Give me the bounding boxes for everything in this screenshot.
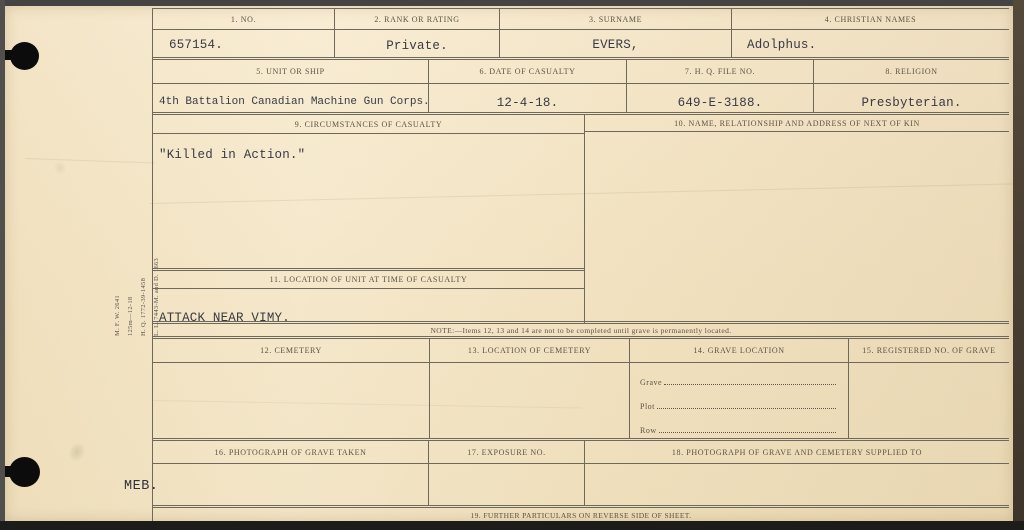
punch-hole-top xyxy=(10,42,39,70)
field-exposure-no-label: 17. EXPOSURE NO. xyxy=(429,441,584,464)
field-rank-label: 2. RANK OR RATING xyxy=(335,9,499,30)
field-hq-file-no-label: 7. H. Q. FILE NO. xyxy=(627,60,813,84)
field-photo-taken-label: 16. PHOTOGRAPH OF GRAVE TAKEN xyxy=(153,441,428,464)
field-no-value: 657154. xyxy=(153,30,334,52)
field-unit-label: 5. UNIT OR SHIP xyxy=(153,60,428,84)
form-row-2: 5. UNIT OR SHIP 4th Battalion Canadian M… xyxy=(153,57,1009,112)
field-exposure-no: 17. EXPOSURE NO. xyxy=(428,441,584,505)
field-hq-file-no: 7. H. Q. FILE NO. 649-E-3188. xyxy=(626,60,813,112)
form-footer-text: 19. FURTHER PARTICULARS ON REVERSE SIDE … xyxy=(470,511,691,520)
field-cemetery-location-value xyxy=(430,363,629,375)
field-surname: 3. SURNAME EVERS, xyxy=(499,9,731,57)
field-unit: 5. UNIT OR SHIP 4th Battalion Canadian M… xyxy=(153,60,428,112)
form-footer: 19. FURTHER PARTICULARS ON REVERSE SIDE … xyxy=(153,505,1009,521)
form-print-codes: M. F. W. 2641 125m—12-18 H. Q. 1772-39-1… xyxy=(111,242,153,336)
field-exposure-no-value xyxy=(429,464,584,476)
field-photo-supplied: 18. PHOTOGRAPH OF GRAVE AND CEMETERY SUP… xyxy=(584,441,1009,505)
field-cemetery-value xyxy=(153,363,429,375)
field-unit-location: 11. LOCATION OF UNIT AT TIME OF CASUALTY… xyxy=(153,268,584,324)
field-christian-names: 4. CHRISTIAN NAMES Adolphus. xyxy=(731,9,1009,57)
field-date-of-casualty-value: 12-4-18. xyxy=(429,84,626,110)
field-religion-label: 8. RELIGION xyxy=(814,60,1009,84)
plot-line-label: Plot xyxy=(640,402,655,411)
field-no-label: 1. NO. xyxy=(153,9,334,30)
plot-line-leader xyxy=(657,407,836,409)
scanned-casualty-card: M. F. W. 2641 125m—12-18 H. Q. 1772-39-1… xyxy=(0,0,1024,530)
punch-hole-bottom xyxy=(9,457,40,487)
field-religion: 8. RELIGION Presbyterian. xyxy=(813,60,1009,112)
field-grave-location-label: 14. GRAVE LOCATION xyxy=(630,339,848,363)
scan-edge-bottom xyxy=(0,521,1024,530)
field-circumstances-value: "Killed in Action." xyxy=(153,134,584,162)
field-cemetery: 12. CEMETERY xyxy=(153,339,429,438)
field-unit-value: 4th Battalion Canadian Machine Gun Corps… xyxy=(153,84,428,108)
field-next-of-kin-value xyxy=(585,132,1009,144)
form-row-5: 16. PHOTOGRAPH OF GRAVE TAKEN 17. EXPOSU… xyxy=(153,438,1009,505)
field-rank-value: Private. xyxy=(335,30,499,53)
field-photo-supplied-value xyxy=(585,464,1009,476)
field-christian-names-label: 4. CHRISTIAN NAMES xyxy=(732,9,1009,30)
field-religion-value: Presbyterian. xyxy=(814,84,1009,110)
plot-line: Plot xyxy=(640,387,836,411)
field-date-of-casualty: 6. DATE OF CASUALTY 12-4-18. xyxy=(428,60,626,112)
form-row-3: 9. CIRCUMSTANCES OF CASUALTY "Killed in … xyxy=(153,112,1009,321)
field-grave-location: 14. GRAVE LOCATION Grave Plot Row xyxy=(629,339,848,438)
field-photo-supplied-label: 18. PHOTOGRAPH OF GRAVE AND CEMETERY SUP… xyxy=(585,441,1009,464)
field-cemetery-location: 13. LOCATION OF CEMETERY xyxy=(429,339,629,438)
print-code-line: H. Q. 1772-39-1458 xyxy=(137,242,150,336)
grave-line-leader xyxy=(664,383,836,385)
form-row-1: 1. NO. 657154. 2. RANK OR RATING Private… xyxy=(153,8,1009,57)
field-circumstances-label: 9. CIRCUMSTANCES OF CASUALTY xyxy=(153,115,584,134)
print-code-line: 125m—12-18 xyxy=(124,242,137,336)
field-cemetery-label: 12. CEMETERY xyxy=(153,339,429,363)
grave-line: Grave xyxy=(640,363,836,387)
field-surname-value: EVERS, xyxy=(500,30,731,52)
field-circumstances: 9. CIRCUMSTANCES OF CASUALTY "Killed in … xyxy=(153,115,584,268)
field-next-of-kin: 10. NAME, RELATIONSHIP AND ADDRESS OF NE… xyxy=(584,115,1009,324)
field-no: 1. NO. 657154. xyxy=(153,9,334,57)
grave-line-label: Grave xyxy=(640,378,662,387)
field-unit-location-value: ATTACK NEAR VIMY. xyxy=(153,289,584,325)
grave-location-fields: Grave Plot Row xyxy=(630,363,848,435)
field-hq-file-no-value: 649-E-3188. xyxy=(627,84,813,110)
field-christian-names-value: Adolphus. xyxy=(732,30,1009,52)
form-note-text: NOTE:—Items 12, 13 and 14 are not to be … xyxy=(430,326,731,335)
scan-edge-right xyxy=(1013,0,1024,530)
row-line: Row xyxy=(640,411,836,435)
field-rank: 2. RANK OR RATING Private. xyxy=(334,9,499,57)
field-unit-location-label: 11. LOCATION OF UNIT AT TIME OF CASUALTY xyxy=(153,271,584,289)
field-photo-taken-value xyxy=(153,464,428,476)
field-cemetery-location-label: 13. LOCATION OF CEMETERY xyxy=(430,339,629,363)
row-line-leader xyxy=(659,431,836,433)
field-photo-taken: 16. PHOTOGRAPH OF GRAVE TAKEN xyxy=(153,441,428,505)
field-next-of-kin-label: 10. NAME, RELATIONSHIP AND ADDRESS OF NE… xyxy=(585,115,1009,132)
casualty-form: 1. NO. 657154. 2. RANK OR RATING Private… xyxy=(152,8,1009,521)
field-registered-no-label: 15. REGISTERED NO. OF GRAVE xyxy=(849,339,1009,363)
form-row-4: 12. CEMETERY 13. LOCATION OF CEMETERY 14… xyxy=(153,336,1009,438)
field-registered-no: 15. REGISTERED NO. OF GRAVE xyxy=(848,339,1009,438)
field-date-of-casualty-label: 6. DATE OF CASUALTY xyxy=(429,60,626,84)
print-code-line: M. F. W. 2641 xyxy=(111,242,124,336)
scan-edge-left xyxy=(0,0,5,530)
form-note: NOTE:—Items 12, 13 and 14 are not to be … xyxy=(153,321,1009,336)
field-registered-no-value xyxy=(849,363,1009,375)
row-line-label: Row xyxy=(640,426,657,435)
field-surname-label: 3. SURNAME xyxy=(500,9,731,30)
scan-edge-top xyxy=(0,0,1024,6)
